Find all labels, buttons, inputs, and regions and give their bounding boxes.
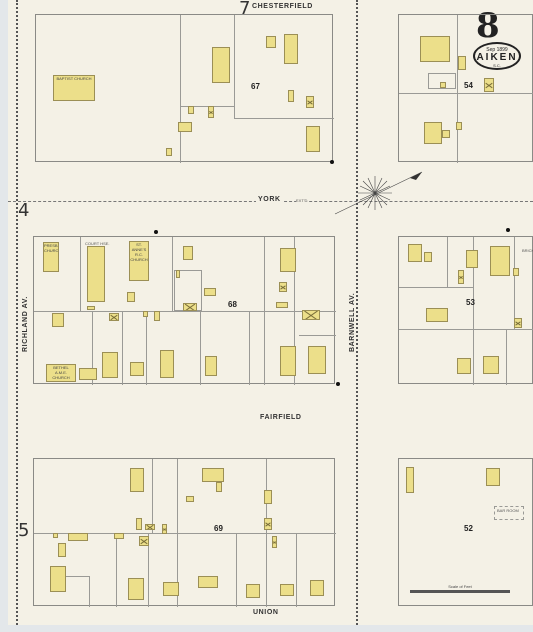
lot-line bbox=[249, 311, 250, 385]
presbyterian-church: PRESB. CHURCH bbox=[43, 242, 59, 272]
dwelling bbox=[102, 352, 118, 378]
lot-line bbox=[399, 329, 533, 330]
dwelling bbox=[466, 250, 478, 268]
block-number-53: 53 bbox=[466, 298, 475, 307]
map-sheet: 8 7 4 5 Sep 1899 AIKEN S.C. CHESTERFIELD… bbox=[8, 0, 533, 625]
outbuilding bbox=[143, 311, 148, 317]
lot-line bbox=[34, 311, 336, 312]
outbuilding bbox=[440, 82, 446, 88]
lot-line bbox=[172, 237, 173, 311]
bethel-ame-church: BETHEL A.M.E. CHURCH bbox=[46, 364, 76, 382]
outbuilding bbox=[136, 518, 142, 530]
outbuilding-shed bbox=[183, 303, 197, 311]
dwelling bbox=[280, 248, 296, 272]
dwelling bbox=[483, 356, 499, 374]
lot-line bbox=[457, 15, 458, 163]
outbuilding bbox=[127, 292, 135, 302]
outbuilding bbox=[87, 306, 95, 310]
dwelling bbox=[178, 122, 192, 132]
outbuilding bbox=[166, 148, 172, 156]
bar-room-outline: BAR ROOM bbox=[494, 506, 524, 520]
compass-rose-icon bbox=[330, 166, 430, 216]
outbuilding bbox=[276, 302, 288, 308]
dwelling bbox=[130, 468, 144, 492]
outbuilding-shed bbox=[208, 106, 214, 118]
lot-line bbox=[122, 311, 123, 385]
outbuilding bbox=[456, 122, 462, 130]
dwelling bbox=[202, 468, 224, 482]
court-house bbox=[87, 246, 105, 302]
dwelling bbox=[408, 244, 422, 262]
scale-of-feet: Scale of Feet bbox=[410, 584, 510, 593]
dwelling bbox=[420, 36, 450, 62]
street-label-richland: RICHLAND AV. bbox=[22, 296, 29, 352]
dwelling bbox=[130, 362, 144, 376]
outbuilding-shed bbox=[162, 524, 167, 534]
outbuilding bbox=[53, 533, 58, 538]
scale-label: Scale of Feet bbox=[410, 584, 510, 589]
outbuilding-shed bbox=[306, 96, 314, 108]
dwelling bbox=[212, 47, 230, 83]
key-number-5: 5 bbox=[18, 520, 29, 541]
dwelling bbox=[284, 34, 298, 64]
outbuilding bbox=[288, 90, 294, 102]
lot-line bbox=[264, 237, 265, 385]
lot-line bbox=[116, 533, 117, 607]
street-label-barnwell: BARNWELL AV. bbox=[349, 293, 356, 352]
outbuilding bbox=[204, 288, 216, 296]
st-annes-church: ST. ANNE'S R.C. CHURCH bbox=[129, 241, 149, 281]
dwelling bbox=[426, 308, 448, 322]
block-number-69: 69 bbox=[214, 524, 223, 533]
building-label: ST. ANNE'S R.C. CHURCH bbox=[130, 242, 147, 262]
block-number-52: 52 bbox=[464, 524, 473, 533]
hydrant-dot bbox=[330, 160, 334, 164]
dwelling bbox=[280, 584, 294, 596]
lot-line bbox=[399, 93, 533, 94]
dwelling bbox=[183, 246, 193, 260]
outbuilding-shed bbox=[109, 313, 119, 321]
dwelling bbox=[52, 313, 64, 327]
outbuilding-shed bbox=[145, 524, 155, 530]
dwelling-wing bbox=[424, 252, 432, 262]
lot-line bbox=[180, 106, 234, 163]
street-label-fairfield: FAIRFIELD bbox=[260, 414, 302, 421]
dwelling bbox=[163, 582, 179, 596]
lot-line bbox=[266, 459, 267, 607]
outbuilding bbox=[458, 56, 466, 70]
street-label-york: YORK bbox=[256, 196, 283, 203]
lot-line bbox=[236, 533, 237, 607]
outbuilding-shed bbox=[484, 78, 494, 92]
dwelling bbox=[490, 246, 510, 276]
lot-line bbox=[299, 335, 336, 336]
building-label: BAR ROOM bbox=[497, 508, 519, 513]
block-number-67: 67 bbox=[251, 82, 260, 91]
outbuilding bbox=[154, 311, 160, 321]
dwelling-wing bbox=[216, 482, 222, 492]
block-number-54: 54 bbox=[464, 81, 473, 90]
outbuilding-shed bbox=[302, 310, 320, 320]
dwelling bbox=[424, 122, 442, 144]
barnwell-centerline bbox=[356, 0, 358, 625]
baptist-church: BAPTIST CHURCH bbox=[53, 75, 95, 101]
outbuilding bbox=[114, 533, 124, 539]
outbuilding-shed bbox=[264, 518, 272, 530]
dwelling bbox=[457, 358, 471, 374]
hydrant-dot bbox=[506, 228, 510, 232]
outbuilding bbox=[58, 543, 66, 557]
hydrant-dot bbox=[336, 382, 340, 386]
dwelling bbox=[198, 576, 218, 588]
building-label: BETHEL A.M.E. CHURCH bbox=[52, 365, 69, 380]
colored-school bbox=[160, 350, 174, 378]
lot-line bbox=[506, 329, 507, 385]
lot-line bbox=[234, 15, 334, 119]
dwelling bbox=[306, 126, 320, 152]
dwelling bbox=[246, 584, 260, 598]
lot-note: BRICK bbox=[522, 248, 533, 253]
outbuilding bbox=[513, 268, 519, 276]
dwelling bbox=[205, 356, 217, 376]
lot-line bbox=[200, 311, 201, 385]
dwelling bbox=[79, 368, 97, 380]
lot-line bbox=[447, 237, 448, 287]
dwelling bbox=[486, 468, 500, 486]
lot-line bbox=[296, 533, 297, 607]
street-label-chesterfield: CHESTERFIELD bbox=[252, 3, 313, 10]
outbuilding bbox=[68, 533, 88, 541]
lot-line bbox=[399, 287, 473, 288]
outbuilding-shed bbox=[279, 282, 287, 292]
key-number-4: 4 bbox=[18, 200, 29, 221]
building-label: PRESB. CHURCH bbox=[44, 243, 59, 253]
dwelling bbox=[266, 36, 276, 48]
block-number-68: 68 bbox=[228, 300, 237, 309]
dwelling-wing bbox=[442, 130, 450, 138]
dwelling bbox=[308, 346, 326, 374]
lot-line bbox=[152, 459, 153, 533]
lot-line bbox=[514, 237, 515, 329]
outbuilding-shed bbox=[514, 318, 522, 328]
scale-bar bbox=[410, 590, 510, 593]
dwelling bbox=[280, 346, 296, 376]
outbuilding-shed bbox=[458, 270, 464, 284]
outbuilding bbox=[264, 490, 272, 504]
hydrant-dot bbox=[154, 230, 158, 234]
building-label: BAPTIST CHURCH bbox=[56, 76, 91, 81]
outbuilding bbox=[188, 106, 194, 114]
dwelling bbox=[128, 578, 144, 600]
outbuilding-shed bbox=[272, 536, 277, 548]
outbuilding-shed bbox=[139, 536, 149, 546]
dwelling bbox=[50, 566, 66, 592]
outbuilding bbox=[176, 270, 180, 278]
street-label-union: UNION bbox=[253, 609, 279, 616]
dwelling bbox=[310, 580, 324, 596]
york-extended-note: EXT'D bbox=[296, 198, 307, 203]
dwelling bbox=[406, 467, 414, 493]
lot-line bbox=[146, 311, 147, 385]
lot-line bbox=[80, 237, 81, 311]
outbuilding bbox=[186, 496, 194, 502]
